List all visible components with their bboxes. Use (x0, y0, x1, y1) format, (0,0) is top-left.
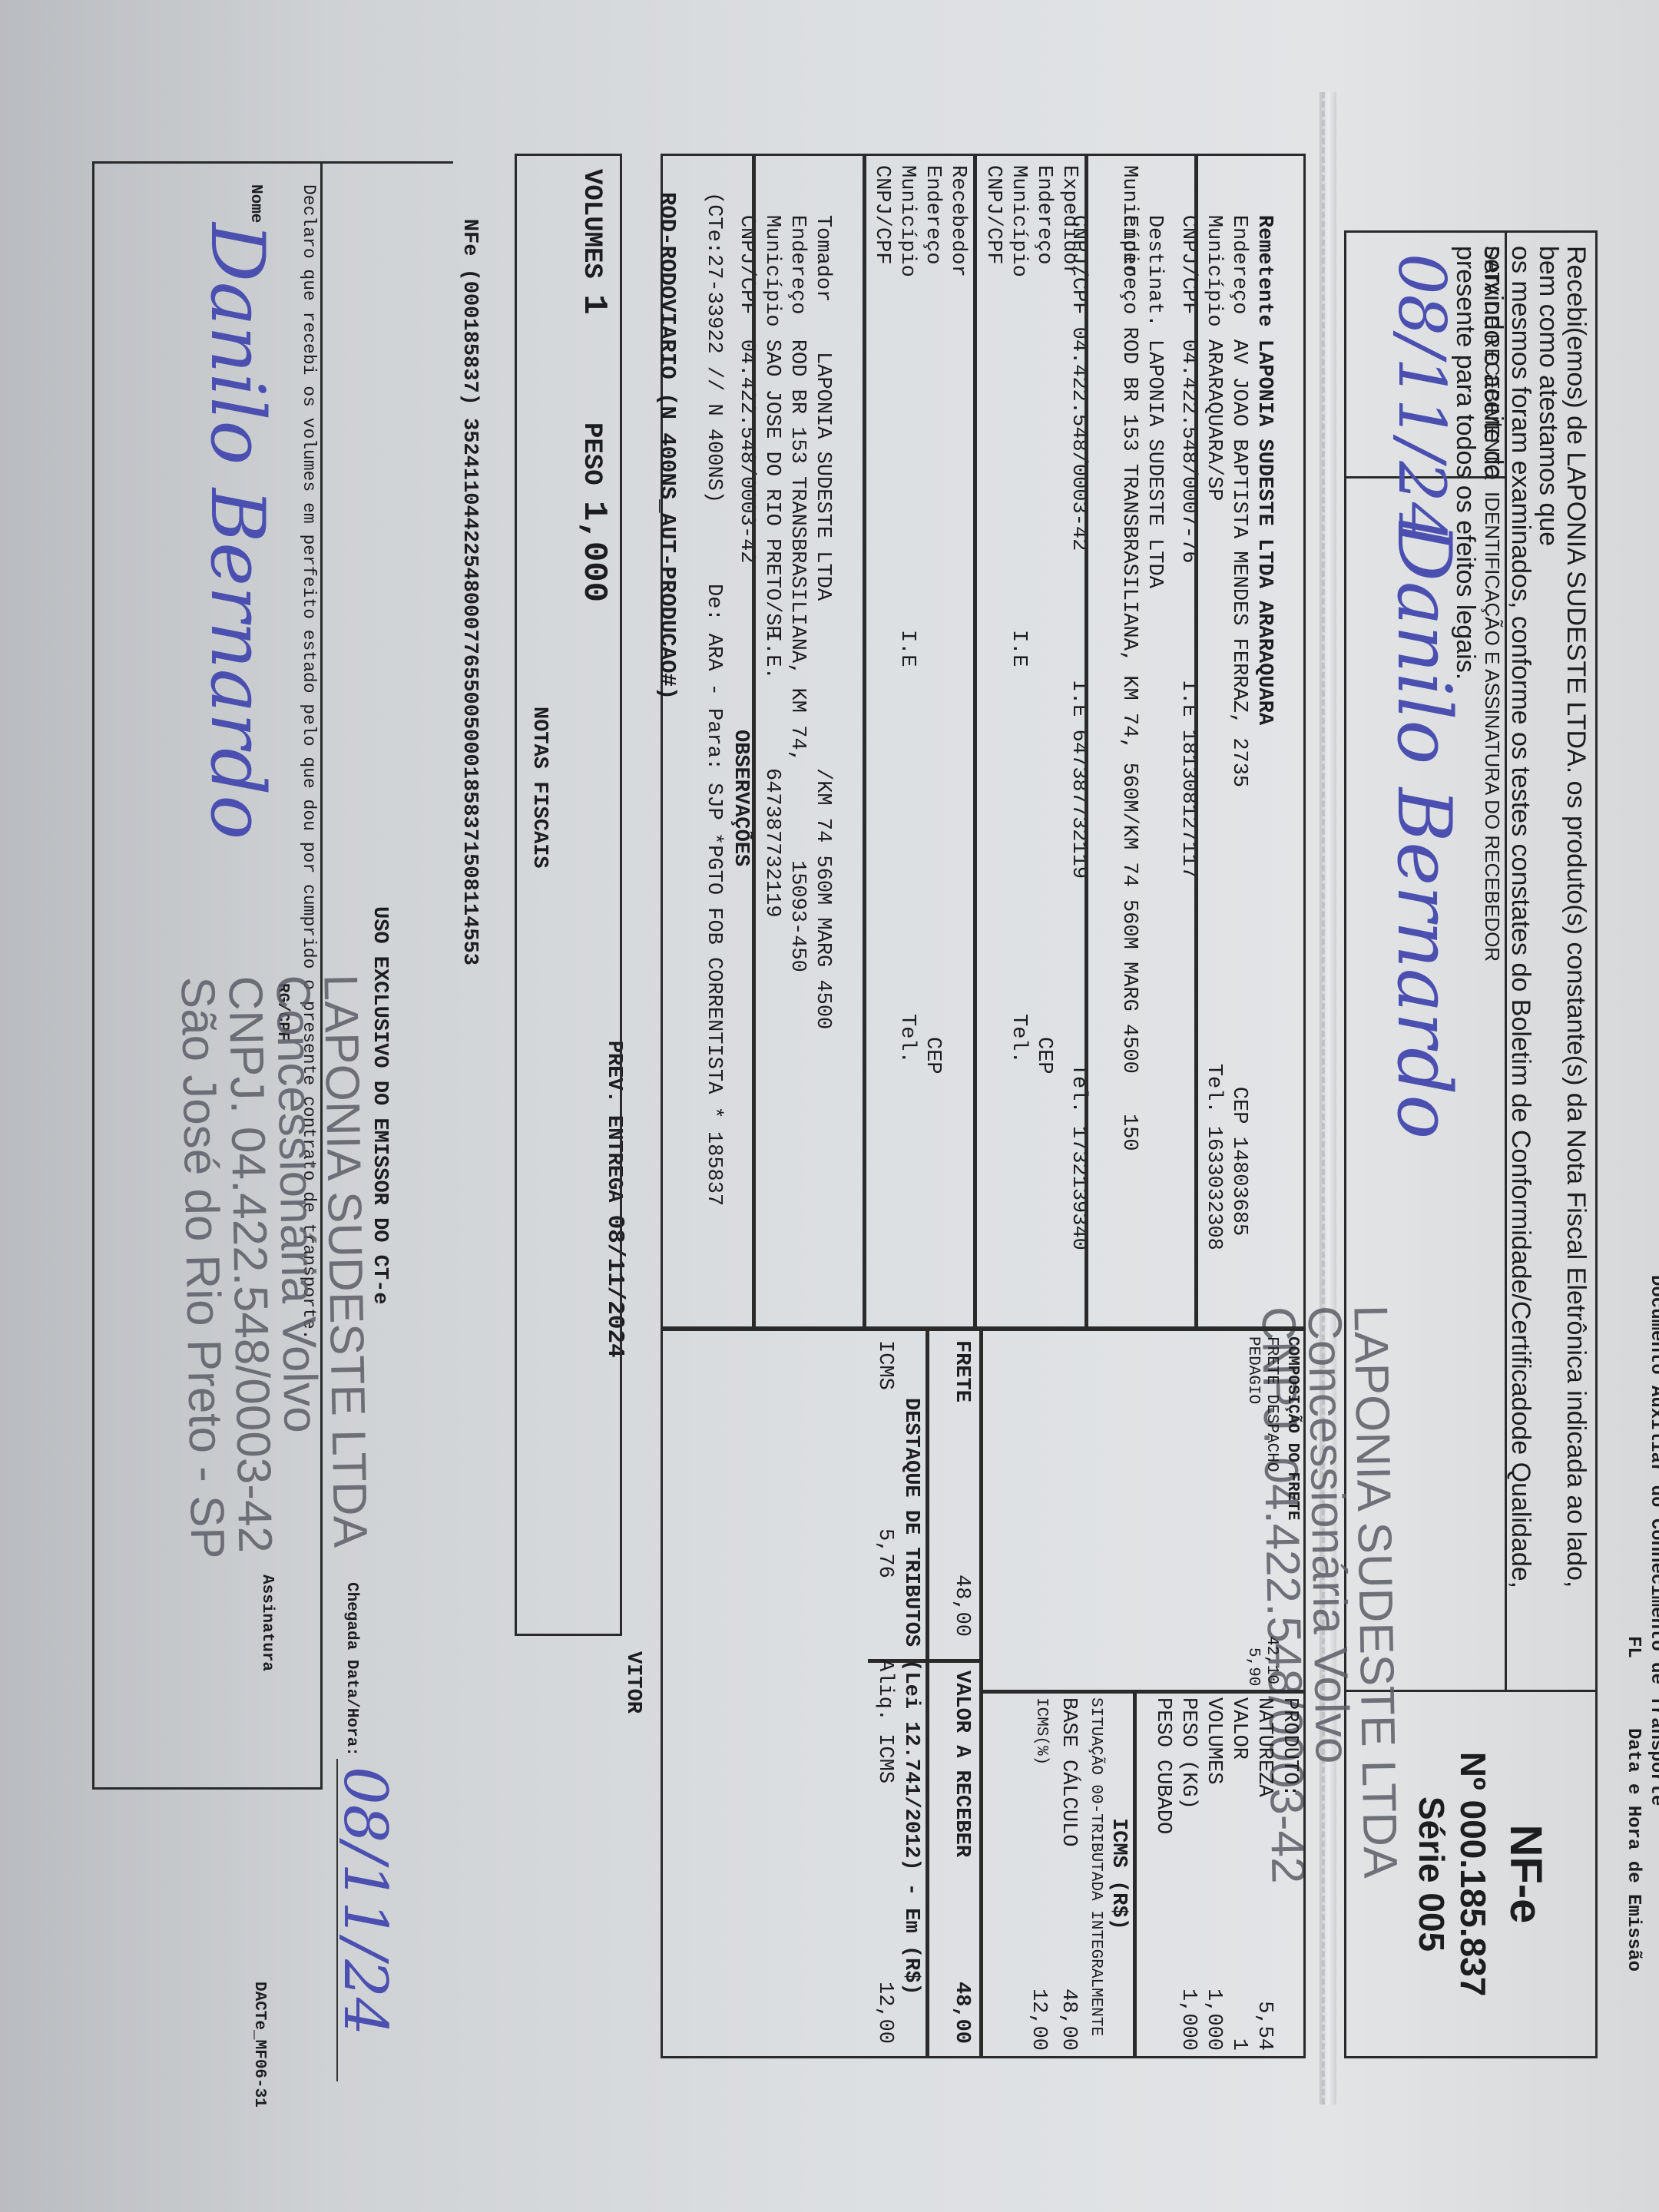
header-emission: Data e Hora de Emissão (1623, 1728, 1644, 1972)
frete-label: FRETE (949, 1340, 974, 1402)
field-label: Tel. (1202, 1064, 1225, 1114)
peso-label: PESO 1,000 (575, 422, 613, 602)
tomador-cep: 15093-450 (784, 860, 810, 972)
notas-fiscais-label: NOTAS FISCAIS (526, 707, 551, 869)
product-label: PESO CUBADO (1150, 1697, 1175, 1834)
frete-value: 48,00 (949, 1575, 974, 1637)
icms-header: ICMS (R$) (1105, 1697, 1131, 2051)
composition-item-value: 42,10 (1261, 1636, 1281, 1684)
composition-header: COMPOSIÇÃO DO FRETE (1282, 1336, 1302, 1520)
expedidor-endereco: Endereço (1031, 165, 1056, 265)
product-value: 5,54 (1251, 2001, 1277, 2051)
volumes-label-text: VOLUMES (577, 169, 606, 279)
composition-item-frete-despacho: FRETE DESPACHO (1261, 1336, 1281, 1472)
handwritten-date: 08/11/24 (1384, 253, 1459, 543)
product-row: VALOR1 (1226, 1697, 1251, 2051)
divider (983, 1690, 1306, 1694)
divider (926, 1329, 929, 2058)
product-row: VOLUMES1,000 (1200, 1697, 1226, 2051)
observacoes-header: OBSERVAÇÕES (727, 730, 753, 866)
divider (1084, 154, 1088, 1329)
icms-section: ICMS (R$) SITUAÇÃO 00-TRIBUTADA INTEGRAL… (1025, 1697, 1131, 2051)
expedidor-ie: I.E (1005, 630, 1031, 667)
destinatario-municipio: Município (1116, 165, 1141, 277)
tomador-ie: I.E. (759, 630, 784, 680)
stamp-line: São José do Rio Preto - SP (173, 976, 230, 1559)
receipt-statement: Recebi(emos) de LAPONIA SUDESTE LTDA. os… (1452, 246, 1590, 1628)
product-label: VOLUMES (1200, 1697, 1226, 1784)
nfe-title: NF-e (1500, 1690, 1551, 2058)
icms-base-value: 48,00 (1055, 1988, 1081, 2051)
nfe-ref-number: (000185837) (458, 269, 481, 406)
tributos-icms-label: ICMS (872, 1340, 897, 1390)
valor-receber-label: VALOR A RECEBER (949, 1671, 974, 1857)
peso-value: 1,000 (575, 501, 613, 602)
signature-label: Assinatura (257, 1575, 276, 1671)
nfe-box: NF-e Nº 000.185.837 Série 005 (1411, 1690, 1598, 2058)
tributos-aliq-label: Aliq. ICMS (872, 1659, 897, 1783)
tributos-aliq-value: 12,00 (872, 1982, 897, 2044)
nfe-number: Nº 000.185.837 (1452, 1690, 1494, 2058)
tributos-icms-value: 5,76 (872, 1528, 897, 1578)
name-label: Nome (245, 184, 265, 223)
nfe-ref-label: NFe (458, 219, 481, 257)
product-row: PESO (KG)1,000 (1175, 1697, 1200, 2051)
product-value: 1,000 (1175, 1988, 1200, 2051)
recebedor-cep: CEP (919, 1037, 945, 1075)
product-label: PESO (KG) (1175, 1697, 1200, 1810)
id-label: IDENTIFICAÇÃO E ASSINATURA DO RECEBEDOR (1480, 492, 1504, 962)
volumes-label: VOLUMES 1 (575, 169, 613, 315)
handwritten-name: Danilo Bernardo (194, 223, 280, 839)
divider (1505, 230, 1507, 1690)
icms-base-row: BASE CÁLCULO48,00 (1055, 1697, 1081, 2051)
divider (973, 154, 977, 1329)
recebedor-ie: I.E (894, 630, 919, 667)
arrival-label: Chegada Data/Hora: (341, 1582, 361, 1757)
peso-label-text: PESO (577, 422, 606, 485)
recebedor-tel: Tel. (894, 1014, 919, 1064)
header-title: Documento Auxiliar do Conhecimento de Tr… (1646, 1275, 1659, 1806)
composition-item-value: 5,90 (1243, 1647, 1263, 1686)
handwritten-arrival-date: 08/11/24 (330, 1767, 399, 2035)
recebedor-endereco: Endereço (919, 165, 945, 265)
product-row: NATUREZA5,54 (1251, 1697, 1277, 2051)
tomador-endereco-cont: /KM 74 560M MARG 4500 (810, 768, 835, 1029)
expedidor-tel: Tel. (1005, 1014, 1031, 1064)
product-label: VALOR (1226, 1697, 1251, 1760)
recebedor-municipio: Município (894, 165, 919, 277)
valor-receber-value: 48,00 (949, 1982, 974, 2044)
expedidor-cnpj: CNPJ/CPF (980, 165, 1005, 265)
product-label: PRODUTO: (1277, 1697, 1302, 1797)
expedidor-cep: CEP (1031, 1037, 1056, 1075)
icms-aliq-value: 12,00 (1025, 1988, 1051, 2051)
tomador-ie-value: 647387732119 (759, 768, 784, 917)
company-stamp-2: LAPONIA SUDESTE LTDA Concessionária Volv… (173, 974, 373, 1559)
expedidor-label: Expedidor (1056, 165, 1081, 277)
stamp-line: LAPONIA SUDESTE LTDA (316, 974, 373, 1557)
product-row: PRODUTO: (1277, 1697, 1302, 2051)
form-code: DACTe_MF06-31 (249, 1982, 269, 2108)
nfe-access-key: 3524110442254800077655005000185837150811… (458, 418, 481, 965)
observacoes-cte-ref: (CTe:27-33922 // N 400NS) (700, 192, 726, 503)
icms-situacao: SITUAÇÃO 00-TRIBUTADA INTEGRALMENTE (1085, 1697, 1105, 2051)
agent-name: VITOR (620, 1651, 645, 1714)
product-label: NATUREZA (1251, 1697, 1277, 1797)
nfe-series: Série 005 (1411, 1690, 1452, 2058)
divider (1133, 1690, 1137, 2058)
icms-base-label: BASE CÁLCULO (1055, 1697, 1081, 1846)
recebedor-label: Recebedor (945, 165, 970, 277)
nfe-reference: NFe (000185837) 352411044225480007765500… (431, 169, 507, 965)
divider (1194, 154, 1198, 1329)
composition-item-pedagio: PEDAGIO (1243, 1336, 1263, 1404)
observacoes-route: De: ARA - Para: SJP *PGTO FOB CORRENTIST… (700, 584, 726, 1206)
destinatario-endereco-extra: 150 (1116, 1114, 1141, 1151)
expedidor-municipio: Município (1005, 165, 1031, 277)
field-value: ROD BR 153 TRANSBRASILIANA, KM 74, 560M/… (1118, 327, 1141, 1074)
handwritten-signature: Danilo Bernardo (1381, 522, 1467, 1139)
tributos-header: DESTAQUE DE TRIBUTOS (Lei 12.741/2012) -… (898, 1398, 923, 1995)
date-label: DATA DE RECEBIMENTO (1480, 246, 1504, 480)
recebedor-cnpj: CNPJ/CPF (869, 165, 894, 265)
header-fl: FL (1623, 1636, 1644, 1658)
statement-line: Recebi(emos) de LAPONIA SUDESTE LTDA. os… (1535, 246, 1590, 1628)
volumes-value: 1 (575, 294, 613, 314)
product-table: PRODUTO: NATUREZA5,54 VALOR1 VOLUMES1,00… (1150, 1697, 1302, 2051)
icms-aliq-label: ICMS(%) (1025, 1697, 1051, 1765)
icms-aliq-row: ICMS(%)12,00 (1025, 1697, 1051, 2051)
destinatario-ie: I.E 647387732119 (1040, 630, 1116, 879)
modal-info: ROD-RODOVIARIO (N 400NS_AUT-PRODUCAO#) (654, 192, 680, 700)
divider (323, 161, 453, 164)
product-value: 1 (1226, 2038, 1251, 2051)
remetente-tel: Tel. 1633032308 (1175, 1014, 1251, 1250)
volumes-box (515, 154, 622, 1636)
dacte-document: Documento Auxiliar do Conhecimento de Tr… (77, 92, 1598, 2104)
divider (863, 154, 866, 1329)
product-value: 1,000 (1200, 1988, 1226, 2051)
divider (979, 1329, 983, 2058)
field-value: 1633032308 (1202, 1126, 1225, 1250)
product-row: PESO CUBADO (1150, 1697, 1175, 2051)
